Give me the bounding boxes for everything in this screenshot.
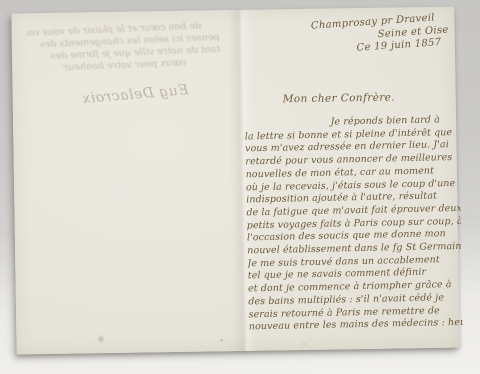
foxing-speck xyxy=(303,343,306,345)
foxing-speck xyxy=(98,336,103,342)
letter-photograph: de bon cœur et le plaisir de vous voirpe… xyxy=(0,0,480,374)
heading-date: Ce 19 juin 1857 xyxy=(356,35,465,55)
letter-salutation: Mon cher Confrère. xyxy=(283,91,396,105)
foxing-speck xyxy=(437,320,439,322)
showthrough-text-block: de bon cœur et le plaisir de vous voirpe… xyxy=(27,20,221,76)
letter-sheet: de bon cœur et le plaisir de vous voirpe… xyxy=(11,7,459,355)
mirrored-signature: Eug Delacroix xyxy=(58,82,189,109)
letter-heading: Champrosay pr Draveil Seine et Oise Ce 1… xyxy=(311,10,465,58)
letter-body: Je réponds bien tard àla lettre si bonne… xyxy=(244,114,462,334)
foxing-speck xyxy=(220,339,222,341)
